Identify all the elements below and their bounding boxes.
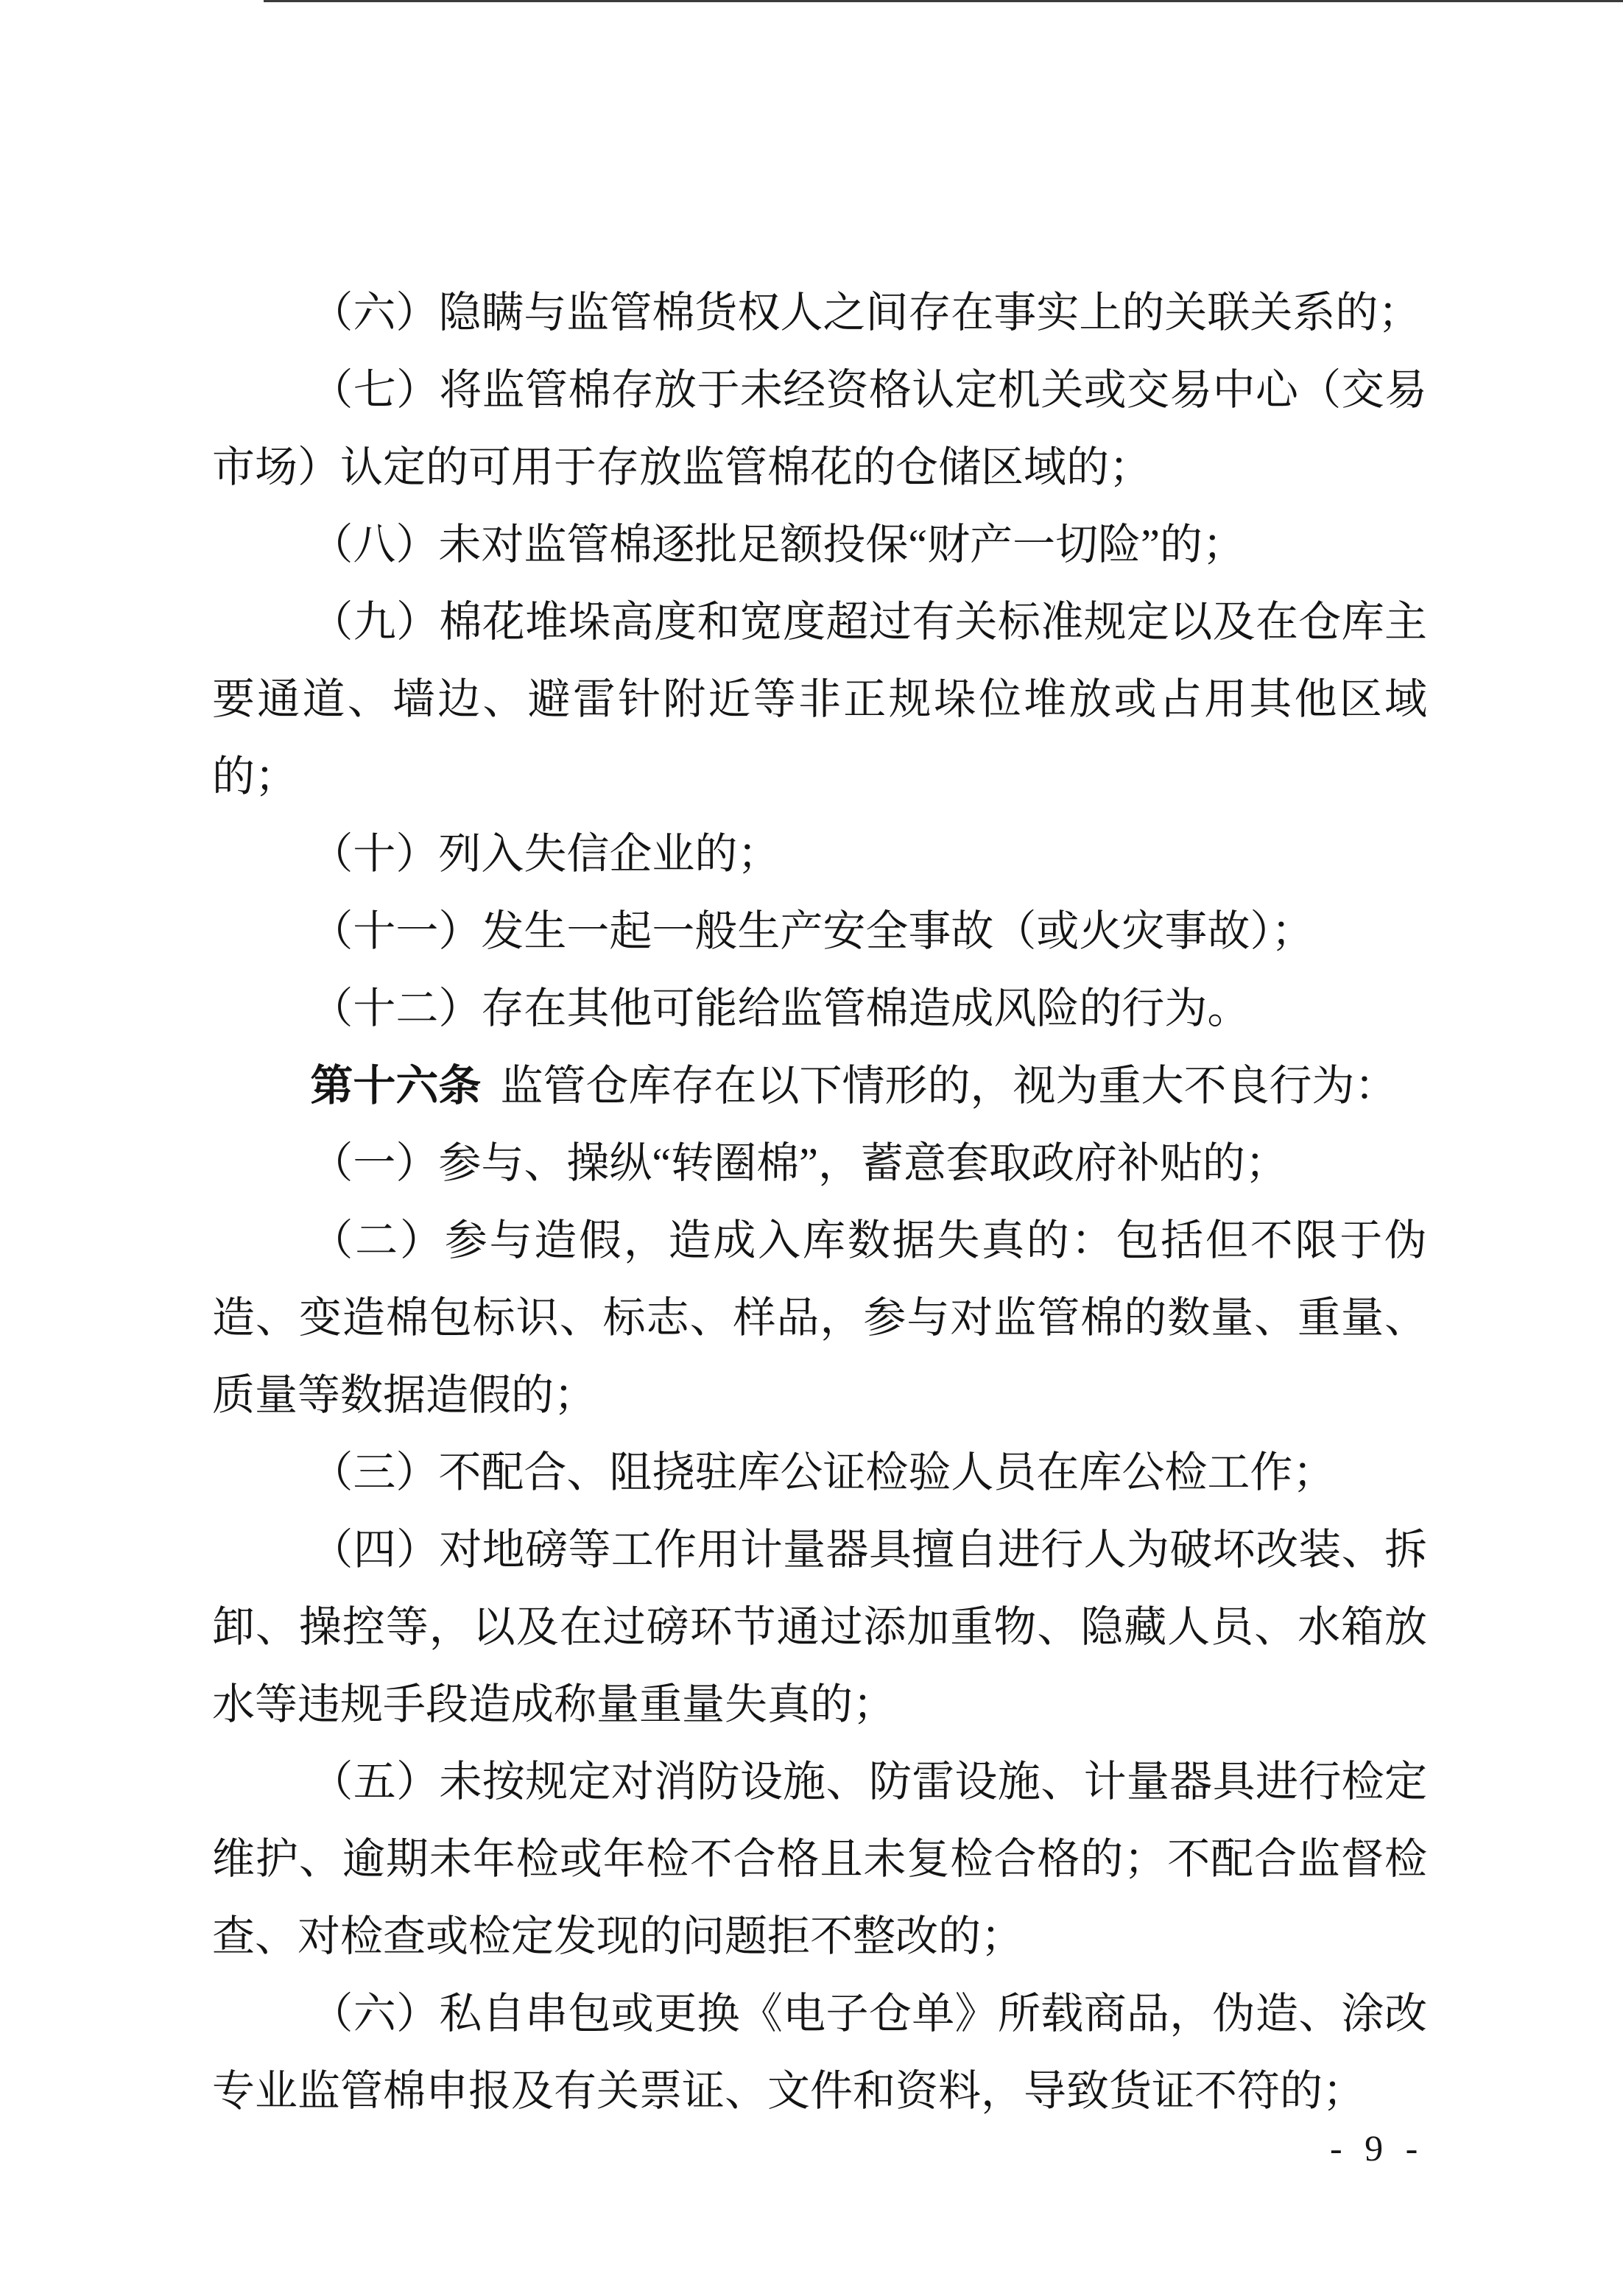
article-heading-text: 监管仓库存在以下情形的，视为重大不良行为： — [501, 1062, 1398, 1110]
article-number-bold: 第十六条 — [310, 1060, 481, 1110]
clause-twelve: （十二）存在其他可能给监管棉造成风险的行为。 — [212, 970, 1427, 1047]
item-five: （五）未按规定对消防设施、防雷设施、计量器具进行检定维护、逾期未年检或年检不合格… — [212, 1743, 1427, 1975]
clause-seven: （七）将监管棉存放于未经资格认定机关或交易中心（交易市场）认定的可用于存放监管棉… — [212, 351, 1427, 506]
clause-nine: （九）棉花堆垛高度和宽度超过有关标准规定以及在仓库主要通道、墙边、避雷针附近等非… — [212, 583, 1427, 815]
item-four: （四）对地磅等工作用计量器具擅自进行人为破坏改装、拆卸、操控等，以及在过磅环节通… — [212, 1511, 1427, 1743]
item-one: （一）参与、操纵“转圈棉”，蓄意套取政府补贴的； — [212, 1124, 1427, 1202]
text-block: （六）隐瞒与监管棉货权人之间存在事实上的关联关系的； （七）将监管棉存放于未经资… — [212, 274, 1427, 2130]
article-sixteen-heading: 第十六条监管仓库存在以下情形的，视为重大不良行为： — [212, 1047, 1427, 1124]
scan-artifact-line — [264, 0, 1623, 2]
document-page: （六）隐瞒与监管棉货权人之间存在事实上的关联关系的； （七）将监管棉存放于未经资… — [0, 0, 1623, 2296]
clause-six: （六）隐瞒与监管棉货权人之间存在事实上的关联关系的； — [212, 274, 1427, 351]
clause-ten: （十）列入失信企业的； — [212, 815, 1427, 892]
item-three: （三）不配合、阻挠驻库公证检验人员在库公检工作； — [212, 1434, 1427, 1511]
item-two: （二）参与造假，造成入库数据失真的：包括但不限于伪造、变造棉包标识、标志、样品，… — [212, 1202, 1427, 1434]
page-number: - 9 - — [1330, 2127, 1424, 2169]
item-six: （六）私自串包或更换《电子仓单》所载商品，伪造、涂改专业监管棉申报及有关票证、文… — [212, 1975, 1427, 2130]
clause-eight: （八）未对监管棉逐批足额投保“财产一切险”的； — [212, 506, 1427, 583]
clause-eleven: （十一）发生一起一般生产安全事故（或火灾事故）； — [212, 892, 1427, 970]
